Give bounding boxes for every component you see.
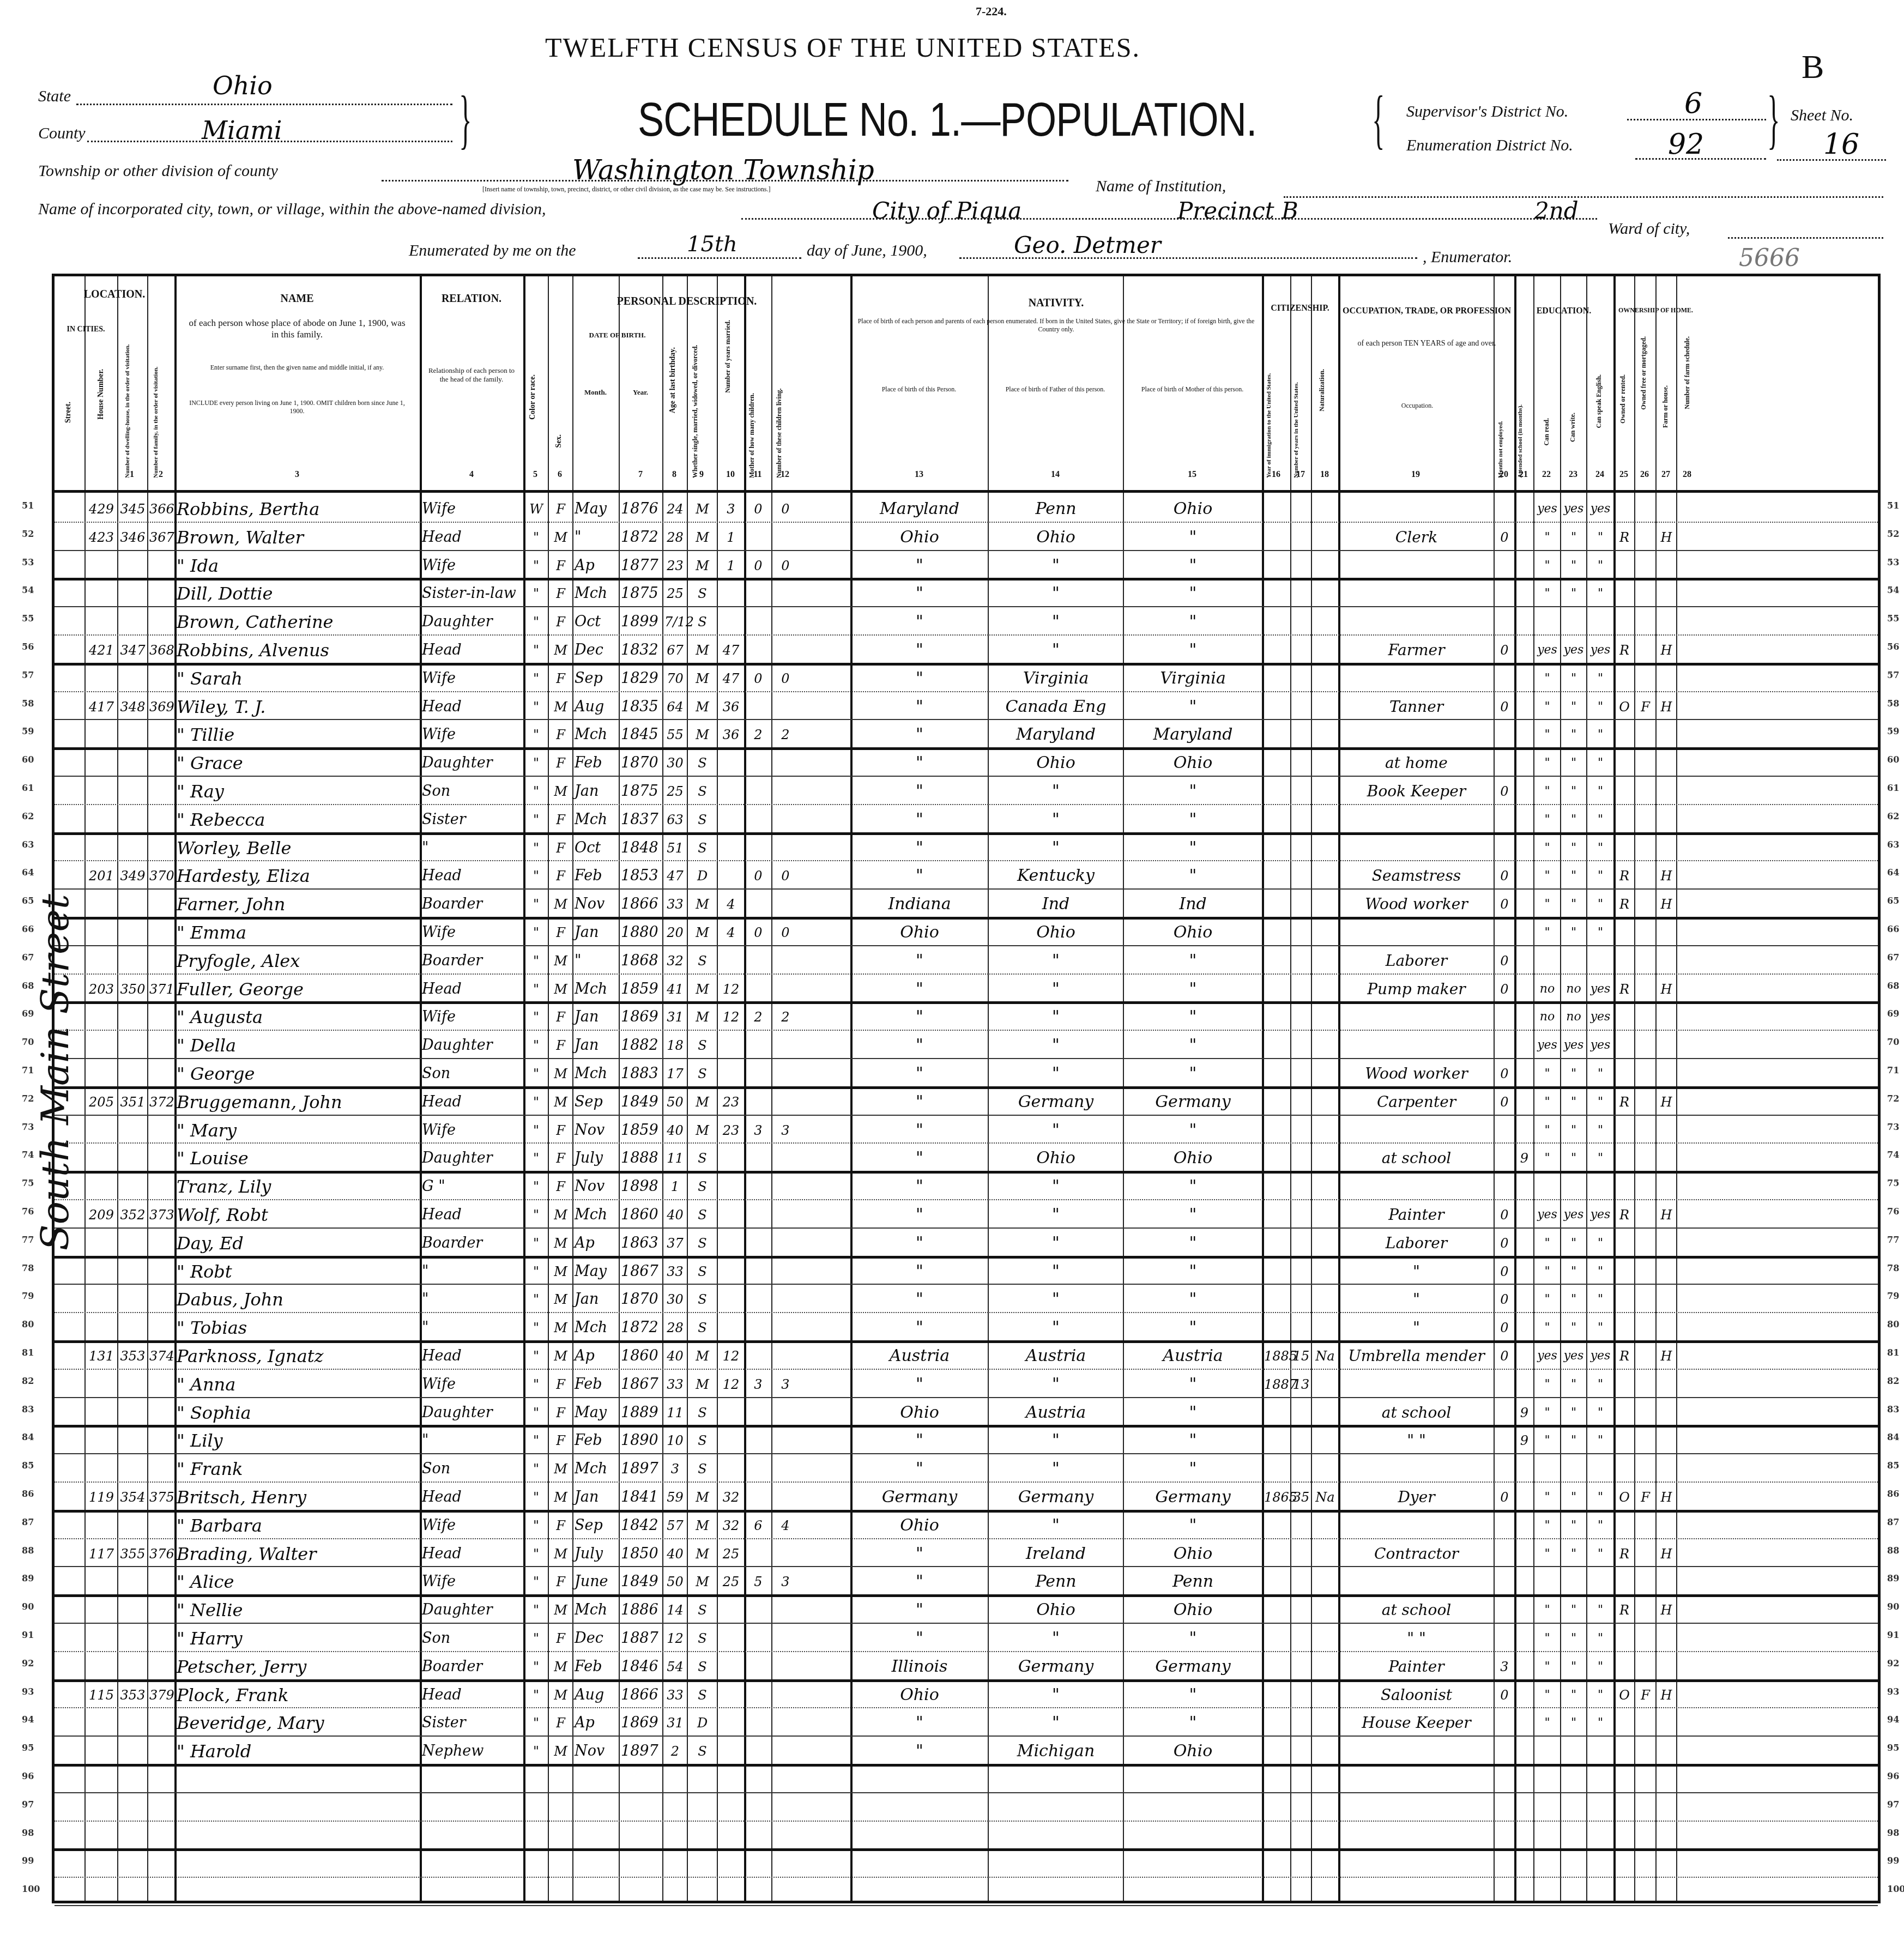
table-row: Day, EdBoarder"MAp186337S"""Laborer0""" — [55, 1227, 1878, 1259]
cell-sex: M — [550, 1687, 571, 1703]
cell-father: Canada Eng — [990, 699, 1122, 715]
cell-month: Sep — [575, 1517, 618, 1534]
cell-father: " — [990, 1715, 1122, 1731]
cell-read: " — [1536, 727, 1559, 743]
cell-farm: H — [1658, 642, 1675, 658]
cell-sex: M — [550, 1602, 571, 1618]
table-row: " TillieWife"FMch184555M3622"MarylandMar… — [55, 719, 1878, 750]
line-number: 97 — [22, 1799, 34, 1810]
cell-english: yes — [1588, 642, 1612, 658]
cell-own: R — [1616, 896, 1633, 912]
schedule-title: SCHEDULE No. 1.—POPULATION. — [638, 92, 1256, 147]
cell-sex: M — [550, 1263, 571, 1280]
cell-relation: Boarder — [422, 896, 522, 912]
column-number: 11 — [749, 470, 766, 480]
cell-month: Mch — [575, 1207, 618, 1223]
cell-yrs-us: 15 — [1292, 1348, 1310, 1364]
cell-marital: S — [689, 1461, 716, 1477]
day-line — [638, 257, 801, 259]
cell-age: 2 — [664, 1743, 686, 1759]
cell-color: " — [525, 1207, 547, 1223]
table-row: Tranz, LilyG ""FNov18981S""" — [55, 1171, 1878, 1200]
cell-month: " — [575, 529, 618, 546]
city-line — [741, 218, 1597, 220]
cell-write: " — [1562, 755, 1585, 771]
table-row: 131353374Parknoss, IgnatzHead"MAp186040M… — [55, 1340, 1878, 1370]
line-number: 64 — [22, 867, 34, 878]
cell-english: " — [1588, 1489, 1612, 1505]
cell-birth: " — [853, 783, 987, 800]
cell-own: R — [1616, 1602, 1633, 1618]
cell-relation: " — [422, 1320, 522, 1336]
census-title: TWELFTH CENSUS OF THE UNITED STATES. — [545, 32, 1140, 63]
line-number: 77 — [22, 1235, 34, 1245]
cell-birth: Indiana — [853, 896, 987, 912]
mother-of-col-header: Mother of how many children. — [748, 315, 756, 478]
cell-write: " — [1562, 1687, 1585, 1703]
cell-color: " — [525, 953, 547, 969]
cell-birth: " — [853, 642, 987, 658]
cell-occupation: Farmer — [1340, 642, 1492, 658]
cell-sex: F — [550, 1517, 571, 1534]
cell-month: July — [575, 1150, 618, 1166]
table-row: " BarbaraWife"FSep184257M3264Ohio""""" — [55, 1510, 1878, 1539]
cell-month: Dec — [575, 1630, 618, 1647]
cell-mother: " — [1125, 1207, 1261, 1223]
cell-read: " — [1536, 812, 1559, 828]
cell-birth: " — [853, 727, 987, 743]
table-row: 429345366Robbins, BerthaWifeWFMay187624M… — [55, 493, 1878, 523]
cell-mother: " — [1125, 1687, 1261, 1703]
line-number: 80 — [22, 1319, 34, 1329]
cell-mother: Germany — [1125, 1094, 1261, 1110]
line-number: 52 — [22, 529, 34, 539]
cell-age: 18 — [664, 1037, 686, 1054]
line-number: 58 — [1887, 698, 1899, 709]
cell-farm: H — [1658, 981, 1675, 997]
cell-mother: " — [1125, 1517, 1261, 1534]
column-number: 17 — [1292, 470, 1309, 480]
cell-age: 17 — [664, 1066, 686, 1082]
cell-age: 33 — [664, 896, 686, 912]
cell-mother-of: 0 — [746, 558, 770, 574]
cell-own: R — [1616, 981, 1633, 997]
cell-relation: " — [422, 1291, 522, 1308]
cell-write: yes — [1562, 1037, 1585, 1054]
cell-year: 1870 — [621, 755, 661, 771]
cell-age: 54 — [664, 1659, 686, 1675]
cell-occupation: Seamstress — [1340, 868, 1492, 884]
cell-relation: Wife — [422, 501, 522, 517]
cell-year: 1849 — [621, 1094, 661, 1110]
cell-name: " Ray — [177, 783, 419, 800]
cell-father: Ohio — [990, 924, 1122, 941]
cell-write: " — [1562, 1489, 1585, 1505]
cell-yrs-married: 3 — [719, 501, 743, 517]
citizenship-header: CITIZENSHIP. — [1262, 304, 1338, 313]
cell-birth: " — [853, 1235, 987, 1251]
cell-mother: " — [1125, 1715, 1261, 1731]
cell-mother: Virginia — [1125, 670, 1261, 687]
cell-color: " — [525, 783, 547, 800]
cell-read: " — [1536, 1432, 1559, 1449]
cell-father: Maryland — [990, 727, 1122, 743]
cell-father: Ind — [990, 896, 1122, 912]
column-number: 18 — [1316, 470, 1333, 480]
cell-read: " — [1536, 840, 1559, 856]
cell-birth: " — [853, 558, 987, 574]
cell-read: yes — [1536, 1037, 1559, 1054]
cell-age: 64 — [664, 699, 686, 715]
cell-read: " — [1536, 1235, 1559, 1251]
cell-month: Ap — [575, 558, 618, 574]
cell-yrs-us: 13 — [1292, 1376, 1310, 1393]
cell-year: 1845 — [621, 727, 661, 743]
line-number: 94 — [1887, 1714, 1899, 1725]
column-number: 24 — [1592, 470, 1608, 480]
cell-color: " — [525, 558, 547, 574]
cell-month: Jan — [575, 783, 618, 800]
cell-write: " — [1562, 1291, 1585, 1308]
ward-label: Ward of city, — [1608, 220, 1690, 238]
cell-year: 1842 — [621, 1517, 661, 1534]
cell-marital: D — [689, 1715, 716, 1731]
cell-read: " — [1536, 1687, 1559, 1703]
cell-dwelling: 347 — [119, 642, 146, 658]
line-number: 92 — [22, 1658, 34, 1668]
cell-write: no — [1562, 1009, 1585, 1025]
cell-read: " — [1536, 585, 1559, 602]
cell-read: " — [1536, 783, 1559, 800]
cell-sex: M — [550, 1320, 571, 1336]
enumeration-district: 92 — [1668, 128, 1704, 161]
cell-relation: Wife — [422, 1574, 522, 1590]
cell-father: " — [990, 1376, 1122, 1393]
cell-month: Oct — [575, 614, 618, 630]
cell-sex: F — [550, 1122, 571, 1139]
cell-sex: F — [550, 558, 571, 574]
cell-read: yes — [1536, 1207, 1559, 1223]
nativity-header: NATIVITY. — [850, 297, 1262, 310]
line-number: 76 — [22, 1206, 34, 1217]
column-number: 16 — [1268, 470, 1284, 480]
cell-family: 374 — [149, 1348, 173, 1364]
cell-name: " Alice — [177, 1574, 419, 1590]
cell-mother: " — [1125, 529, 1261, 546]
line-number: 81 — [22, 1347, 34, 1358]
column-number: 12 — [777, 470, 793, 480]
cell-year: 1853 — [621, 868, 661, 884]
brace-left: } — [459, 82, 472, 157]
line-number: 87 — [1887, 1517, 1899, 1527]
cell-father: " — [990, 1630, 1122, 1647]
cell-english: " — [1588, 1291, 1612, 1308]
cell-color: " — [525, 1150, 547, 1166]
cell-name: Tranz, Lily — [177, 1178, 419, 1195]
cell-father: " — [990, 1178, 1122, 1195]
cell-occupation: Painter — [1340, 1659, 1492, 1675]
cell-age: 14 — [664, 1602, 686, 1618]
cell-own: R — [1616, 1094, 1633, 1110]
cell-family: 375 — [149, 1489, 173, 1505]
cell-write: " — [1562, 1376, 1585, 1393]
cell-relation: Son — [422, 1066, 522, 1082]
line-number: 61 — [22, 783, 34, 793]
immigration-col-header: Year of immigration to the United States… — [1266, 331, 1272, 478]
cell-living: 3 — [773, 1376, 797, 1393]
occupation-subheader: Occupation. — [1341, 402, 1494, 410]
sex-col-header: Sex. — [555, 434, 564, 448]
cell-name: Brown, Catherine — [177, 614, 419, 630]
cell-marital: S — [689, 1320, 716, 1336]
cell-father: " — [990, 1517, 1122, 1534]
cell-age: 28 — [664, 1320, 686, 1336]
cell-father: " — [990, 1066, 1122, 1082]
cell-marital: S — [689, 1630, 716, 1647]
cell-unemp: 0 — [1496, 1320, 1513, 1336]
cell-own: O — [1616, 1489, 1633, 1505]
table-row: " Robt""MMay186733S""""0""" — [55, 1256, 1878, 1285]
cell-month: June — [575, 1574, 618, 1590]
column-number: 20 — [1496, 470, 1512, 480]
cell-unemp: 3 — [1496, 1659, 1513, 1675]
cell-occupation: at school — [1340, 1150, 1492, 1166]
farm-schedule-col-header: Number of farm schedule. — [1683, 336, 1691, 409]
cell-year: 1883 — [621, 1066, 661, 1082]
line-number: 78 — [1887, 1263, 1899, 1273]
can-read-col-header: Can read. — [1543, 418, 1551, 445]
cell-unemp: 0 — [1496, 1687, 1513, 1703]
cell-birth: " — [853, 1546, 987, 1562]
cell-age: 40 — [664, 1546, 686, 1562]
relation-header: RELATION. — [420, 293, 523, 305]
line-number: 56 — [22, 642, 34, 652]
cell-marital: M — [689, 1517, 716, 1534]
line-number: 84 — [22, 1432, 34, 1442]
ward-number: 2nd — [1534, 197, 1579, 224]
cell-year: 1882 — [621, 1037, 661, 1054]
cell-name: Robbins, Alvenus — [177, 642, 419, 658]
column-number: 14 — [1047, 470, 1063, 480]
cell-age: 10 — [664, 1432, 686, 1449]
cell-month: Feb — [575, 1376, 618, 1393]
cell-yrs-us: 35 — [1292, 1489, 1310, 1505]
cell-month: Mch — [575, 1602, 618, 1618]
cell-marital: M — [689, 924, 716, 941]
cell-color: " — [525, 1432, 547, 1449]
cell-marital: S — [689, 1037, 716, 1054]
table-row: 417348369Wiley, T. J.Head"MAug183564M36"… — [55, 691, 1878, 721]
table-row: Worley, Belle""FOct184851S"""""" — [55, 832, 1878, 862]
family-col-header: Number of family, in the order of visita… — [153, 315, 159, 478]
cell-month: Feb — [575, 868, 618, 884]
cell-marital: S — [689, 1432, 716, 1449]
cell-age: 57 — [664, 1517, 686, 1534]
cell-birth: " — [853, 1066, 987, 1082]
cell-english: " — [1588, 1630, 1612, 1647]
cell-write: " — [1562, 1715, 1585, 1731]
enumeration-label: Enumeration District No. — [1406, 136, 1573, 155]
cell-year: 1859 — [621, 1122, 661, 1139]
cell-english: yes — [1588, 501, 1612, 517]
cell-write: " — [1562, 868, 1585, 884]
cell-living: 0 — [773, 558, 797, 574]
cell-mother-of: 2 — [746, 1009, 770, 1025]
cell-sex: F — [550, 1178, 571, 1195]
cell-dwelling: 345 — [119, 501, 146, 517]
cell-relation: Head — [422, 1489, 522, 1505]
cell-read: " — [1536, 1094, 1559, 1110]
cell-father: " — [990, 1687, 1122, 1703]
table-row: Farner, JohnBoarder"MNov186633M4IndianaI… — [55, 888, 1878, 920]
cell-month: Jan — [575, 924, 618, 941]
cell-birth: " — [853, 1291, 987, 1308]
cell-age: 40 — [664, 1122, 686, 1139]
cell-relation: Daughter — [422, 1405, 522, 1421]
cell-family: 379 — [149, 1687, 173, 1703]
state-line — [76, 104, 452, 105]
cell-dwelling: 354 — [119, 1489, 146, 1505]
cell-year: 1829 — [621, 670, 661, 687]
cell-yrs-married: 4 — [719, 896, 743, 912]
table-row: " MaryWife"FNov185940M2333"""""" — [55, 1115, 1878, 1144]
cell-occupation: " — [1340, 1291, 1492, 1308]
cell-marital: S — [689, 1743, 716, 1759]
cell-relation: Wife — [422, 1517, 522, 1534]
line-number: 51 — [1887, 500, 1899, 511]
cell-name: Wolf, Robt — [177, 1207, 419, 1223]
table-row: Dabus, John""MJan187030S""""0""" — [55, 1284, 1878, 1313]
date-of-birth-header: DATE OF BIRTH. — [572, 331, 662, 340]
cell-month: Feb — [575, 1659, 618, 1675]
cell-relation: Head — [422, 1348, 522, 1364]
cell-birth: " — [853, 1178, 987, 1195]
line-number: 79 — [1887, 1291, 1899, 1301]
cell-family: 370 — [149, 868, 173, 884]
cell-father: Germany — [990, 1094, 1122, 1110]
naturalization-col-header: Naturalization. — [1318, 369, 1326, 412]
column-number: 9 — [693, 470, 710, 480]
table-row: 423346367Brown, WalterHead"M"187228M1Ohi… — [55, 522, 1878, 551]
cell-read: " — [1536, 896, 1559, 912]
column-number: 21 — [1515, 470, 1532, 480]
cell-year: 1866 — [621, 896, 661, 912]
supervisor-district: 6 — [1684, 87, 1702, 120]
cell-free: F — [1636, 1489, 1654, 1505]
enumerated-label: Enumerated by me on the — [409, 241, 576, 260]
cell-age: 11 — [664, 1150, 686, 1166]
cell-marital: M — [689, 529, 716, 546]
cell-age: 70 — [664, 670, 686, 687]
cell-read: " — [1536, 1150, 1559, 1166]
birth-father-header: Place of birth of Father of this person. — [993, 385, 1117, 394]
cell-color: " — [525, 529, 547, 546]
line-number: 58 — [22, 698, 34, 709]
cell-month: Jan — [575, 1291, 618, 1308]
line-number: 66 — [22, 924, 34, 934]
cell-name: Worley, Belle — [177, 840, 419, 856]
cell-year: 1860 — [621, 1348, 661, 1364]
table-row: " AnnaWife"FFeb186733M1233"""188713""" — [55, 1369, 1878, 1398]
cell-english: " — [1588, 1687, 1612, 1703]
cell-read: yes — [1536, 642, 1559, 658]
column-number: 3 — [289, 470, 305, 480]
cell-mother: Ohio — [1125, 1546, 1261, 1562]
cell-relation: Head — [422, 699, 522, 715]
color-col-header: Color or race. — [529, 374, 537, 420]
cell-dwelling: 350 — [119, 981, 146, 997]
cell-mother: " — [1125, 1461, 1261, 1477]
cell-relation: Son — [422, 1461, 522, 1477]
cell-color: " — [525, 585, 547, 602]
cell-marital: S — [689, 1066, 716, 1082]
cell-english: " — [1588, 1546, 1612, 1562]
cell-read: " — [1536, 1291, 1559, 1308]
cell-sex: M — [550, 642, 571, 658]
cell-house: 423 — [87, 529, 116, 546]
line-number: 70 — [22, 1037, 34, 1047]
cell-age: 28 — [664, 529, 686, 546]
cell-occupation: Umbrella mender — [1340, 1348, 1492, 1364]
cell-name: Wiley, T. J. — [177, 699, 419, 715]
cell-mother: " — [1125, 1630, 1261, 1647]
cell-write: " — [1562, 812, 1585, 828]
cell-sex: F — [550, 1376, 571, 1393]
line-number: 86 — [22, 1489, 34, 1499]
cell-month: Jan — [575, 1037, 618, 1054]
cell-marital: S — [689, 755, 716, 771]
cell-unemp: 0 — [1496, 1094, 1513, 1110]
cell-sex: F — [550, 1432, 571, 1449]
cell-year: 1868 — [621, 953, 661, 969]
cell-unemp: 0 — [1496, 1235, 1513, 1251]
enumerator-name: Geo. Detmer — [1014, 232, 1161, 258]
cell-english: " — [1588, 585, 1612, 602]
cell-english: " — [1588, 783, 1612, 800]
cell-mother: Ohio — [1125, 1150, 1261, 1166]
line-number: 74 — [1887, 1150, 1899, 1160]
cell-name: Dabus, John — [177, 1291, 419, 1308]
column-number: 2 — [153, 470, 169, 480]
cell-read: yes — [1536, 1348, 1559, 1364]
year-header: Year. — [619, 388, 662, 397]
cell-mother: " — [1125, 1037, 1261, 1054]
cell-family: 367 — [149, 529, 173, 546]
cell-year: 1890 — [621, 1432, 661, 1449]
cell-color: " — [525, 614, 547, 630]
cell-mother-of: 5 — [746, 1574, 770, 1590]
cell-name: Dill, Dottie — [177, 585, 419, 602]
cell-relation: Wife — [422, 1009, 522, 1025]
line-number: 59 — [22, 726, 34, 736]
cell-marital: S — [689, 1207, 716, 1223]
cell-marital: M — [689, 896, 716, 912]
cell-read: " — [1536, 1405, 1559, 1421]
cell-name: " Sarah — [177, 670, 419, 687]
line-number: 57 — [22, 670, 34, 680]
cell-mother: " — [1125, 1291, 1261, 1308]
cell-yrs-married: 12 — [719, 1009, 743, 1025]
cell-color: " — [525, 1461, 547, 1477]
cell-color: " — [525, 1348, 547, 1364]
cell-unemp: 0 — [1496, 1263, 1513, 1280]
cell-name: " Sophia — [177, 1405, 419, 1421]
cell-living: 0 — [773, 924, 797, 941]
cell-father: Germany — [990, 1659, 1122, 1675]
column-number: 6 — [552, 470, 568, 480]
cell-sex: M — [550, 529, 571, 546]
column-number: 22 — [1538, 470, 1555, 480]
